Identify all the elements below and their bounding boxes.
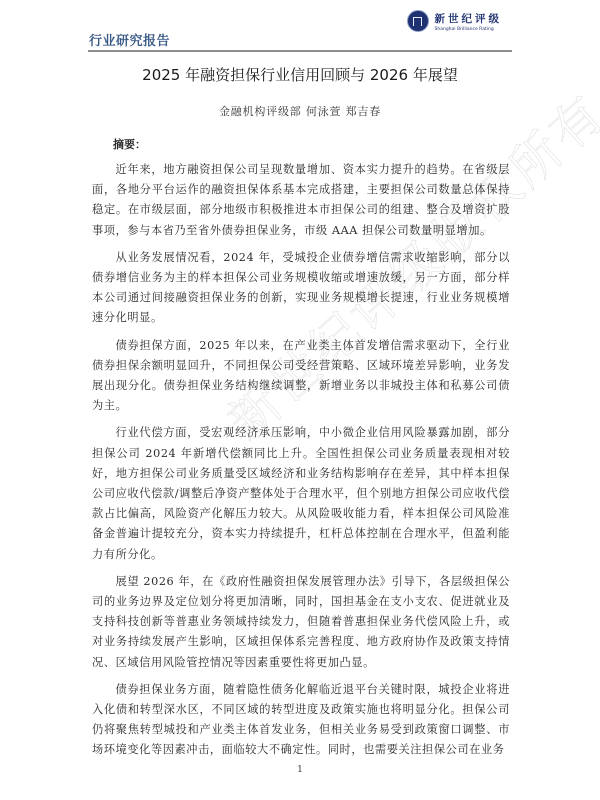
paragraph-outlook-2026: 展望 2026 年，在《政府性融资担保发展管理办法》引导下，各层级担保公司的业务… (92, 572, 510, 673)
paragraph-industry-compensation: 行业代偿方面，受宏观经济承压影响，中小微企业信用风险暴露加剧，部分担保公司 20… (92, 423, 510, 564)
emblem-icon (407, 10, 429, 32)
abstract-heading: 摘要： (113, 136, 146, 152)
report-type-label: 行业研究报告 (89, 30, 170, 49)
logo-name-en: Shanghai Brilliance Rating (435, 27, 503, 32)
header-divider (88, 50, 512, 52)
page-header: 行业研究报告 新世纪评级 Shanghai Brilliance Rating (78, 8, 512, 52)
emblem-glyph-icon (413, 17, 422, 26)
author-line: 金融机构评级部 何泳萱 郑吉春 (0, 103, 600, 119)
logo-text: 新世纪评级 Shanghai Brilliance Rating (435, 11, 503, 32)
paragraph-intro: 近年来，地方融资担保公司呈现数量增加、资本实力提升的趋势。在省级层面，各地分平台… (92, 160, 510, 241)
paragraph-bond-guarantee-outlook: 债券担保业务方面，随着隐性债务化解临近退平台关键时限，城投企业将进入化债和转型深… (92, 680, 510, 761)
logo-name-cn: 新世纪评级 (435, 11, 503, 26)
abstract-body: 近年来，地方融资担保公司呈现数量增加、资本实力提升的趋势。在省级层面，各地分平台… (92, 160, 510, 768)
paragraph-bond-guarantee: 债券担保方面，2025 年以来，在产业类主体首发增信需求驱动下，全行业债券担保余… (92, 336, 510, 417)
brand-logo: 新世纪评级 Shanghai Brilliance Rating (407, 10, 503, 32)
paragraph-business-development: 从业务发展情况看，2024 年，受城投企业债券增信需求收缩影响，部分以债券增信业… (92, 248, 510, 329)
document-title: 2025 年融资担保行业信用回顾与 2026 年展望 (0, 64, 600, 85)
page-number: 1 (0, 765, 600, 775)
